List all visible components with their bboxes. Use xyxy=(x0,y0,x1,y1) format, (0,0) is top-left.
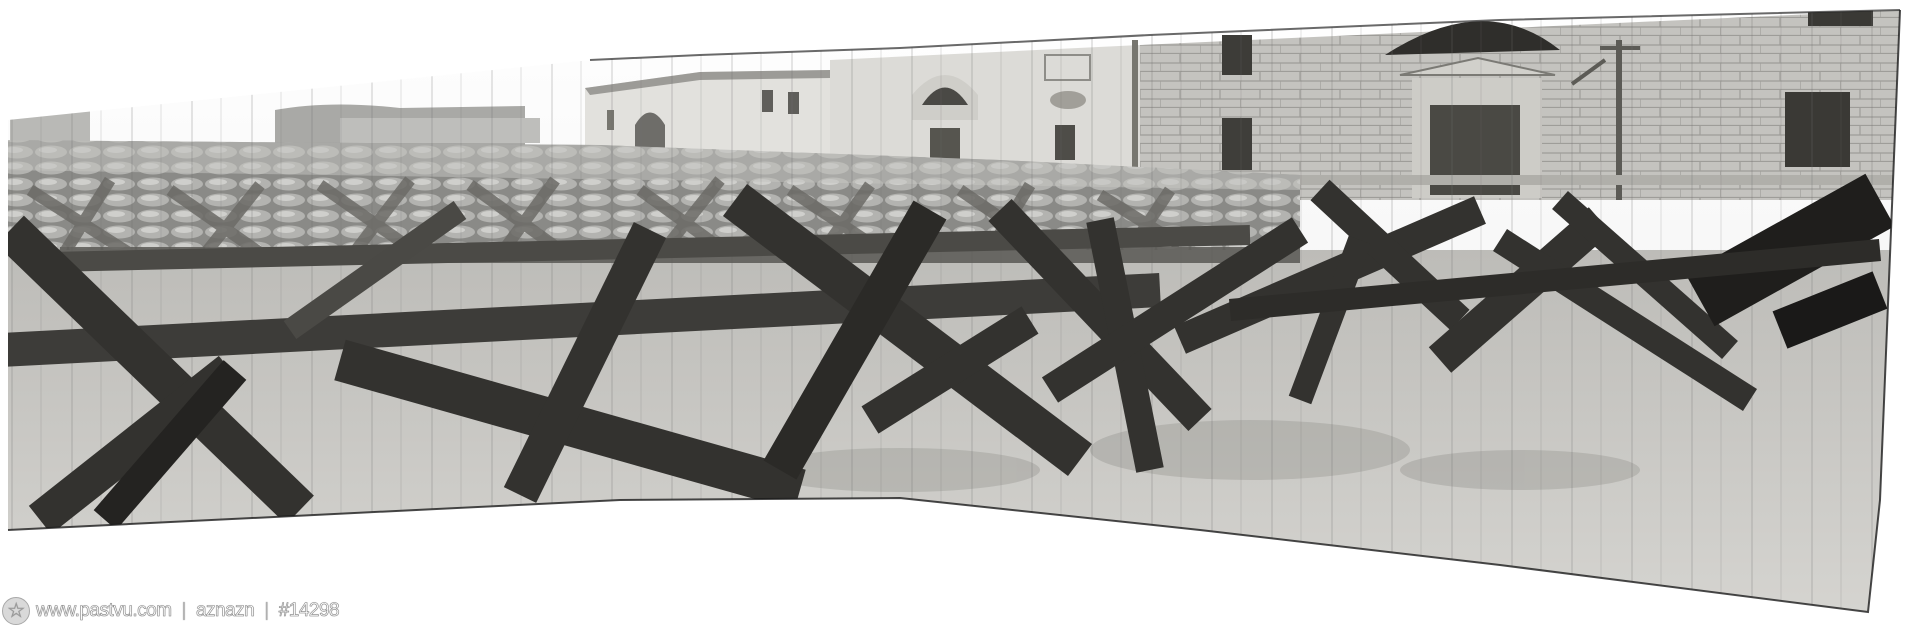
watermark-photo-id: #14298 xyxy=(279,600,339,622)
watermark-separator: | xyxy=(178,600,190,622)
watermark-site: www.pastvu.com xyxy=(36,600,172,622)
panorama-photo xyxy=(0,0,1920,629)
watermark: ☆ www.pastvu.com | aznazn | #14298 xyxy=(2,598,339,624)
watermark-author: aznazn xyxy=(196,600,254,622)
star-icon: ☆ xyxy=(2,597,30,625)
watermark-separator: | xyxy=(260,600,272,622)
